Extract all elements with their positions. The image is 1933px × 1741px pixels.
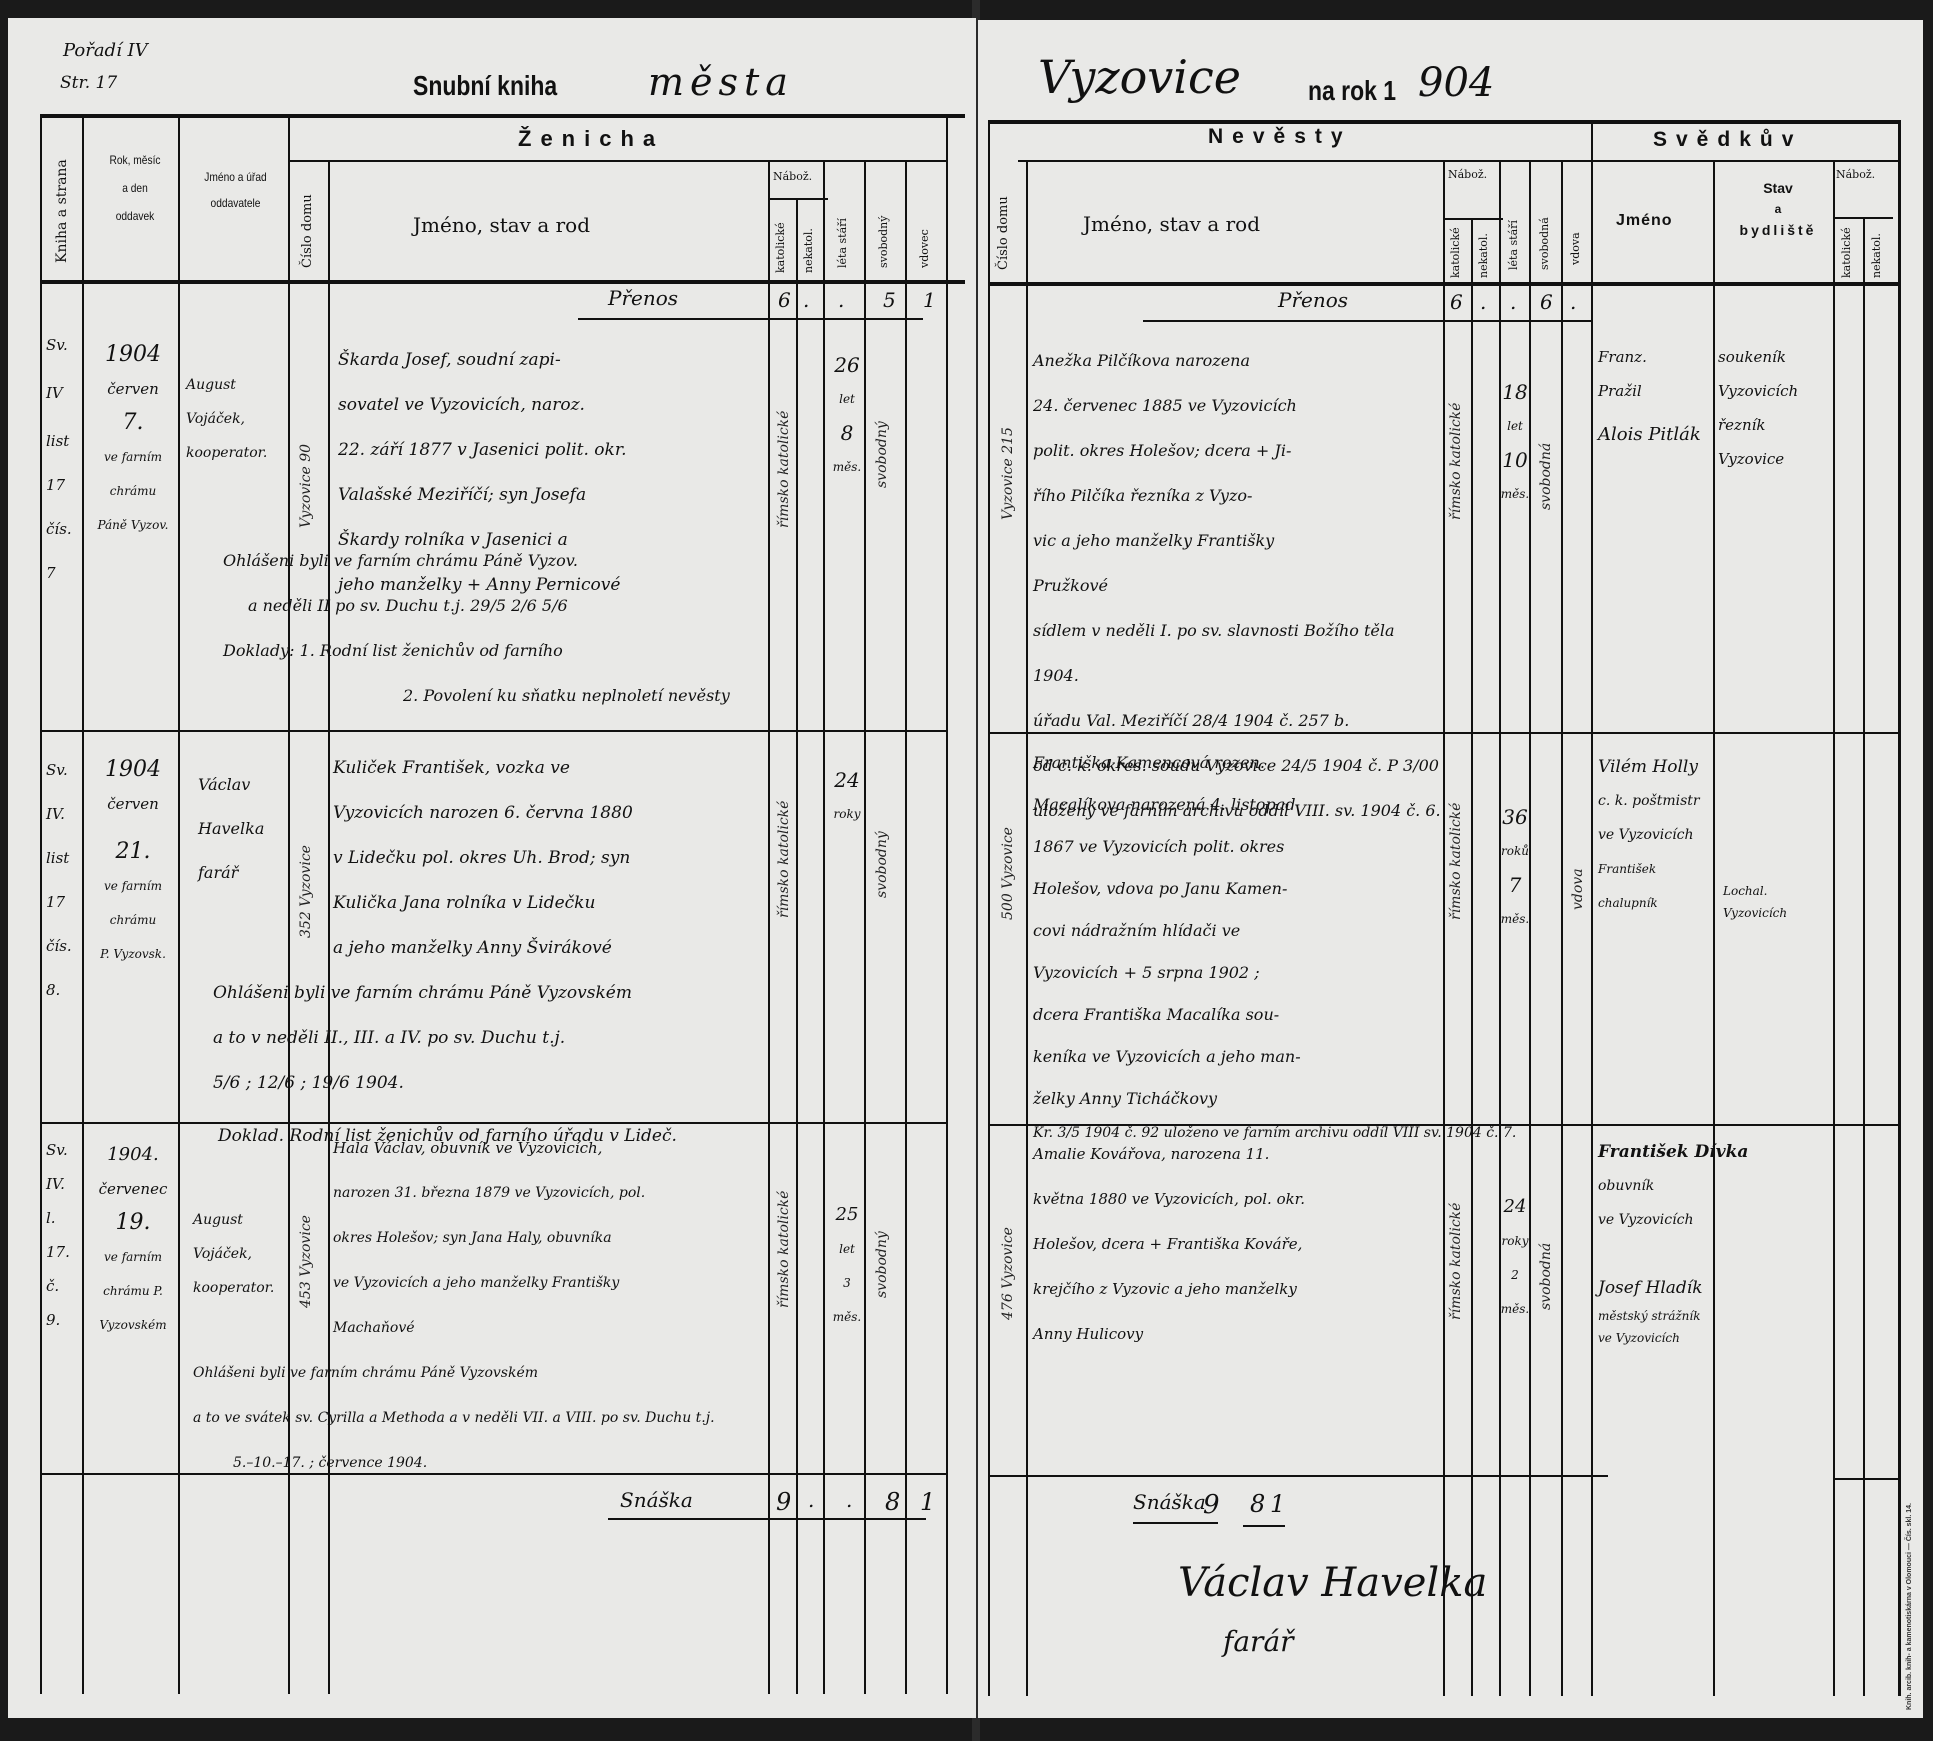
kniha-part: 17 bbox=[46, 468, 80, 502]
entry-3-kniha: Sv. IV. l. 17. č. 9. bbox=[46, 1133, 80, 1337]
entry-2-officiant: Václav Havelka farář bbox=[198, 763, 288, 895]
totals-value: 8 bbox=[1250, 1490, 1265, 1518]
col-katolicke-bride: katolické bbox=[1449, 227, 1462, 278]
kniha-part: 8. bbox=[46, 973, 80, 1007]
col-naboz: Nábož. bbox=[773, 170, 812, 183]
entry-2-bride-age: 36 roků 7 měs. bbox=[1500, 800, 1530, 936]
bride-line: keníka ve Vyzovicích a jeho man- bbox=[1033, 1036, 1516, 1078]
col-naboz-witness: Nábož. bbox=[1836, 168, 1875, 181]
carry-over-value: . bbox=[1570, 290, 1576, 314]
kniha-part: 17 bbox=[46, 885, 80, 919]
groom-line: Machaňové bbox=[333, 1306, 715, 1351]
date-month: červen bbox=[88, 787, 178, 821]
stav-line: a bbox=[1723, 202, 1833, 216]
date-month: červen bbox=[88, 372, 178, 406]
age-unit: měs. bbox=[830, 450, 864, 484]
date-year: 1904. bbox=[88, 1138, 178, 1172]
groom-line: Valašské Meziříčí; syn Josefa bbox=[338, 473, 627, 518]
entry-3-groom-status: svobodný bbox=[874, 1231, 890, 1298]
kniha-part: list bbox=[46, 841, 80, 875]
bride-line: vic a jeho manželky Františky bbox=[1033, 518, 1441, 563]
col-jmeno-witness: Jméno bbox=[1616, 212, 1673, 230]
date-day: 19. bbox=[88, 1206, 178, 1240]
entry-2-witness-stav: Lochal. Vyzovicích bbox=[1723, 880, 1833, 924]
entry-2-bride-religion: římsko katolické bbox=[1448, 803, 1464, 920]
bride-line: Vyzovicích + 5 srpna 1902 ; bbox=[1033, 952, 1516, 994]
col-cislo-domu: Číslo domu bbox=[300, 194, 315, 268]
totals-value: . bbox=[846, 1488, 852, 1512]
col-oddavek-line: oddavek bbox=[105, 209, 165, 223]
col-svobodna: svobodná bbox=[1538, 217, 1551, 270]
age-unit: roky bbox=[830, 797, 864, 831]
witness-line: ve Vyzovicích bbox=[1598, 1203, 1838, 1237]
col-svedkuv: Svědkův bbox=[1653, 128, 1802, 152]
entry-3-bride-status: svobodná bbox=[1538, 1243, 1554, 1310]
groom-line: sovatel ve Vyzovicích, naroz. bbox=[338, 383, 627, 428]
bride-line: dcera Františka Macalíka sou- bbox=[1033, 994, 1516, 1036]
priest-title: farář bbox=[1223, 1625, 1294, 1658]
entry-3-separator bbox=[40, 1473, 946, 1475]
totals-label-left: Snáška bbox=[620, 1488, 693, 1512]
age-unit: měs. bbox=[1500, 902, 1530, 936]
witness-stav-line: soukeník bbox=[1718, 340, 1833, 374]
strana-label: Str. 17 bbox=[60, 73, 117, 93]
groom-line: Kulička Jana rolníka v Lidečku bbox=[333, 881, 677, 926]
entry-1-officiant: August Vojáček, kooperator. bbox=[186, 368, 286, 470]
bride-line: řího Pilčíka řezníka z Vyzo- bbox=[1033, 473, 1441, 518]
officiant-line: August bbox=[186, 368, 286, 402]
date-place: Páně Vyzov. bbox=[88, 508, 178, 542]
age-years: 36 bbox=[1500, 800, 1530, 834]
entry-3-groom-house: 453 Vyzovice bbox=[298, 1215, 314, 1308]
entry-1-notes-left: Ohlášeni byli ve farním chrámu Páně Vyzo… bbox=[223, 538, 730, 718]
entry-1-date: 1904 červen 7. ve farním chrámu Páně Vyz… bbox=[88, 338, 178, 542]
groom-line: a jeho manželky Anny Švirákové bbox=[333, 926, 677, 971]
entry-1-bride-status: svobodná bbox=[1538, 443, 1554, 510]
age-years: 24 bbox=[830, 763, 864, 797]
totals-value: 1 bbox=[920, 1488, 935, 1516]
col-jmeno-stav-rod: Jméno, stav a rod bbox=[413, 213, 590, 237]
entry-2-bride-status: vdova bbox=[1570, 868, 1586, 910]
totals-value: 8 bbox=[885, 1488, 900, 1516]
witness-stav-line: řezník bbox=[1718, 408, 1833, 442]
naboz-rule bbox=[768, 198, 828, 200]
entry-2-separator bbox=[40, 1122, 946, 1124]
entry-2-groom-religion: římsko katolické bbox=[776, 801, 792, 918]
entry-3-groom-religion: římsko katolické bbox=[776, 1191, 792, 1308]
town-name-handwritten: Vyzovice bbox=[1038, 50, 1241, 104]
note-line: 2. Povolení ku sňatku neplnoletí nevěsty bbox=[223, 673, 730, 718]
groom-line: a to ve svátek sv. Cyrilla a Methoda a v… bbox=[193, 1396, 715, 1441]
bride-line: polit. okres Holešov; dcera + Ji- bbox=[1033, 428, 1441, 473]
col-den-line: a den bbox=[105, 181, 165, 195]
witness-line: František bbox=[1598, 852, 1723, 886]
kniha-part: IV. bbox=[46, 1167, 80, 1201]
groom-line: 5/6 ; 12/6 ; 19/6 1904. bbox=[213, 1061, 677, 1106]
age-months: 8 bbox=[830, 416, 864, 450]
groom-line: a to v neděli II., III. a IV. po sv. Duc… bbox=[213, 1016, 677, 1061]
entry-2-kniha: Sv. IV. list 17 čís. 8. bbox=[46, 753, 80, 1007]
carry-over-value: 5 bbox=[883, 288, 896, 312]
age-unit: let bbox=[830, 382, 864, 416]
carry-over-label-left: Přenos bbox=[608, 286, 678, 310]
note-line: Ohlášeni byli ve farním chrámu Páně Vyzo… bbox=[223, 538, 730, 583]
date-place: Vyzovském bbox=[88, 1308, 178, 1342]
entry-2-groom-text: Kuliček František, vozka ve Vyzovicích n… bbox=[333, 746, 677, 1159]
date-place: chrámu bbox=[88, 903, 178, 937]
age-unit: let bbox=[830, 1232, 864, 1266]
witness-line: František Dívka bbox=[1598, 1135, 1838, 1169]
date-day: 21. bbox=[88, 835, 178, 869]
kniha-part: čís. bbox=[46, 929, 80, 963]
age-unit: roků bbox=[1500, 834, 1530, 868]
entry-1-groom-status: svobodný bbox=[874, 421, 890, 488]
col-zenicha: Ženicha bbox=[518, 126, 664, 152]
printer-imprint: Knih. arcib. knih- a kamenotiskárna v Ol… bbox=[1906, 1503, 1913, 1710]
bride-line: Holešov, vdova po Janu Kamen- bbox=[1033, 868, 1516, 910]
officiant-line: Václav bbox=[198, 763, 288, 807]
entry-3-bride-text: Amalie Kovářova, narozena 11. května 188… bbox=[1033, 1132, 1305, 1357]
kniha-part: Sv. bbox=[46, 328, 80, 362]
register-type-handwritten: města bbox=[648, 60, 794, 104]
entry-3-bride-age: 24 roky 2 měs. bbox=[1500, 1190, 1530, 1326]
col-vdova: vdova bbox=[1569, 232, 1582, 265]
kniha-part: IV. bbox=[46, 797, 80, 831]
date-month: červenec bbox=[88, 1172, 178, 1206]
col-nekatol: nekatol. bbox=[802, 228, 815, 273]
groom-line: v Lidečku pol. okres Uh. Brod; syn bbox=[333, 836, 677, 881]
witness-line: Pražil bbox=[1598, 374, 1713, 408]
officiant-line: August bbox=[193, 1203, 288, 1237]
witness-line: Alois Pitlák bbox=[1598, 418, 1713, 452]
officiant-line: Havelka bbox=[198, 807, 288, 851]
entry-2-date: 1904 červen 21. ve farním chrámu P. Vyzo… bbox=[88, 753, 178, 971]
entry-1-separator bbox=[40, 730, 946, 732]
carry-over-value: 6 bbox=[778, 288, 791, 312]
col-jmeno-urad-line2: oddavatele bbox=[195, 196, 276, 210]
carry-over-value: 1 bbox=[923, 288, 936, 312]
col-nekatol-bride: nekatol. bbox=[1477, 233, 1490, 278]
entry-3-groom-text: Hala Václav, obuvník ve Vyzovicích, naro… bbox=[333, 1126, 715, 1486]
col-stav-bydliste: Stav a bydliště bbox=[1723, 180, 1833, 238]
age-years: 25 bbox=[830, 1198, 864, 1232]
bride-line: Anny Hulicovy bbox=[1033, 1312, 1305, 1357]
groom-line: Kuliček František, vozka ve bbox=[333, 746, 677, 791]
entry-1-witness-stav: soukeník Vyzovicích řezník Vyzovice bbox=[1718, 340, 1833, 476]
col-jmeno-urad: Jméno a úřad oddavatele bbox=[195, 170, 276, 210]
entry-3-witness-names: František Dívka obuvník ve Vyzovicích Jo… bbox=[1598, 1135, 1838, 1349]
date-place: P. Vyzovsk. bbox=[88, 937, 178, 971]
totals-value: 1 bbox=[1270, 1490, 1285, 1518]
bride-line: covi nádražním hlídači ve bbox=[1033, 910, 1516, 952]
carry-over-value: 6 bbox=[1540, 290, 1553, 314]
bride-line: krejčího z Vyzovic a jeho manželky bbox=[1033, 1267, 1305, 1312]
kniha-part: 9. bbox=[46, 1303, 80, 1337]
kniha-part: Sv. bbox=[46, 753, 80, 787]
entry-1-groom-age: 26 let 8 měs. bbox=[830, 348, 864, 484]
witness-line: Franz. bbox=[1598, 340, 1713, 374]
groom-line: Vyzovicích narozen 6. června 1880 bbox=[333, 791, 677, 836]
groom-line: narozen 31. března 1879 ve Vyzovicích, p… bbox=[333, 1171, 715, 1216]
left-page: Pořadí IV Str. 17 Snubní kniha města Kni… bbox=[8, 18, 976, 1718]
officiant-line: kooperator. bbox=[193, 1271, 288, 1305]
age-unit: měs. bbox=[1500, 477, 1530, 511]
kniha-part: IV bbox=[46, 376, 80, 410]
date-place: ve farním bbox=[88, 869, 178, 903]
year-prefix: na rok 1 bbox=[1308, 75, 1396, 107]
bride-line: 24. červenec 1885 ve Vyzovicích bbox=[1033, 383, 1441, 428]
witness-line: ve Vyzovicích bbox=[1598, 818, 1723, 852]
carry-over-value: . bbox=[838, 288, 844, 312]
witness-line: obuvník bbox=[1598, 1169, 1838, 1203]
col-cislo-domu-bride: Číslo domu bbox=[996, 196, 1011, 270]
officiant-line: Vojáček, bbox=[193, 1237, 288, 1271]
age-years: 18 bbox=[1500, 375, 1530, 409]
officiant-line: farář bbox=[198, 851, 288, 895]
kniha-part: 7 bbox=[46, 556, 80, 590]
col-nekatol-witness: nekatol. bbox=[1870, 233, 1883, 278]
entry-2-bride-text: Františka Kamencová rozen. Macalíkova na… bbox=[1033, 742, 1516, 1154]
witness-line: c. k. poštmistr bbox=[1598, 784, 1723, 818]
witness-line: městský strážník ve Vyzovicích bbox=[1598, 1305, 1718, 1349]
kniha-part: čís. bbox=[46, 512, 80, 546]
carry-over-value: . bbox=[1480, 290, 1486, 314]
entry-1-groom-religion: římsko katolické bbox=[776, 411, 792, 528]
age-months: 7 bbox=[1500, 868, 1530, 902]
witness-stav-line: Lochal. bbox=[1723, 880, 1833, 902]
groom-line: Ohlášeni byli ve farním chrámu Páně Vyzo… bbox=[213, 971, 677, 1016]
note-line: sídlem v neděli I. po sv. slavnosti Boží… bbox=[1033, 608, 1441, 653]
kniha-part: Sv. bbox=[46, 1133, 80, 1167]
entry-3-bride-religion: římsko katolické bbox=[1448, 1203, 1464, 1320]
entry-1-groom-house: Vyzovice 90 bbox=[298, 444, 314, 528]
bride-line: Pružkové bbox=[1033, 563, 1441, 608]
stav-line: Stav bbox=[1723, 180, 1833, 196]
witness-line: Josef Hladík bbox=[1598, 1271, 1838, 1305]
witness-stav-line: Vyzovicích bbox=[1723, 902, 1833, 924]
col-naboz-bride: Nábož. bbox=[1448, 168, 1487, 181]
entry-1-bride-house: Vyzovice 215 bbox=[1000, 427, 1016, 520]
kniha-part: list bbox=[46, 424, 80, 458]
groom-line: Ohlášeni byli ve farním chrámu Páně Vyzo… bbox=[193, 1351, 715, 1396]
groom-line: ve Vyzovicích a jeho manželky Františky bbox=[333, 1261, 715, 1306]
carry-over-value: . bbox=[803, 288, 809, 312]
col-nevesty: Nevěsty bbox=[1208, 125, 1352, 149]
entry-2-bride-house: 500 Vyzovice bbox=[1000, 827, 1016, 920]
witness-line: chalupník bbox=[1598, 886, 1723, 920]
entry-3-groom-age: 25 let 3 měs. bbox=[830, 1198, 864, 1334]
groom-line: 22. září 1877 v Jasenici polit. okr. bbox=[338, 428, 627, 473]
col-svobodny: svobodný bbox=[877, 216, 890, 269]
date-year: 1904 bbox=[88, 338, 178, 372]
date-year: 1904 bbox=[88, 753, 178, 787]
col-katolicke-witness: katolické bbox=[1840, 227, 1853, 278]
age-years: 24 bbox=[1500, 1190, 1530, 1224]
right-page: Vyzovice na rok 1 904 Nevěsty Svědkův Čí… bbox=[978, 20, 1923, 1718]
carry-over-value: 6 bbox=[1450, 290, 1463, 314]
bride-line: Amalie Kovářova, narozena 11. bbox=[1033, 1132, 1305, 1177]
note-line: úřadu Val. Meziříčí 28/4 1904 č. 257 b. bbox=[1033, 698, 1441, 743]
officiant-line: kooperator. bbox=[186, 436, 286, 470]
witness-stav-line: Vyzovicích bbox=[1718, 374, 1833, 408]
witness-stav-line: Vyzovice bbox=[1718, 442, 1833, 476]
note-line: Doklady: 1. Rodní list ženichův od farní… bbox=[223, 628, 730, 673]
entry-1-kniha: Sv. IV list 17 čís. 7 bbox=[46, 328, 80, 590]
entry-2-witness-names: Vilém Holly c. k. poštmistr ve Vyzovicíc… bbox=[1598, 750, 1723, 920]
entry-3-date: 1904. červenec 19. ve farním chrámu P. V… bbox=[88, 1138, 178, 1342]
carry-over-value: . bbox=[1510, 290, 1516, 314]
col-rok-line: Rok, měsíc bbox=[105, 153, 165, 167]
age-months: 3 měs. bbox=[830, 1266, 864, 1334]
stav-line: bydliště bbox=[1723, 222, 1833, 238]
entry-3-bride-house: 476 Vyzovice bbox=[1000, 1227, 1016, 1320]
totals-value: 9 bbox=[1203, 1490, 1220, 1520]
age-months: 2 měs. bbox=[1500, 1258, 1530, 1326]
entry-2-groom-status: svobodný bbox=[874, 831, 890, 898]
age-years: 26 bbox=[830, 348, 864, 382]
priest-signature: Václav Havelka bbox=[1178, 1560, 1487, 1606]
zenicha-rule bbox=[288, 160, 948, 162]
witness-line: Vilém Holly bbox=[1598, 750, 1723, 784]
col-leta-stari: léta stáří bbox=[836, 218, 849, 268]
totals-label-right: Snáška bbox=[1133, 1490, 1206, 1514]
entry-1-bride-age: 18 let 10 měs. bbox=[1500, 375, 1530, 511]
age-unit: roky bbox=[1500, 1224, 1530, 1258]
entry-1-witness-names: Franz. Pražil Alois Pitlák bbox=[1598, 340, 1713, 452]
col-katolicke: katolické bbox=[774, 222, 787, 273]
entry-2-groom-house: 352 Vyzovice bbox=[298, 845, 314, 938]
kniha-part: č. bbox=[46, 1269, 80, 1303]
kniha-part: 17. bbox=[46, 1235, 80, 1269]
totals-value: 9 bbox=[776, 1488, 791, 1516]
groom-line: Škarda Josef, soudní zapi- bbox=[338, 338, 627, 383]
bride-line: Macalíkova narozená 4. listopad bbox=[1033, 784, 1516, 826]
groom-line: okres Holešov; syn Jana Haly, obuvníka bbox=[333, 1216, 715, 1261]
col-jmeno-urad-line1: Jméno a úřad bbox=[195, 170, 276, 184]
groom-line: Hala Václav, obuvník ve Vyzovicích, bbox=[333, 1126, 715, 1171]
officiant-line: Vojáček, bbox=[186, 402, 286, 436]
year-handwritten: 904 bbox=[1418, 60, 1494, 106]
date-place: ve farním bbox=[88, 1240, 178, 1274]
bride-line: Anežka Pilčíkova narozena bbox=[1033, 338, 1441, 383]
age-unit: let bbox=[1500, 409, 1530, 443]
bride-line: Františka Kamencová rozen. bbox=[1033, 742, 1516, 784]
bride-line: 1867 ve Vyzovicích polit. okres bbox=[1033, 826, 1516, 868]
col-leta-stari-bride: léta stáří bbox=[1507, 220, 1520, 270]
col-kniha-strana: Kniha a strana bbox=[54, 159, 70, 263]
groom-line: 5.–10.–17. ; července 1904. bbox=[233, 1441, 715, 1486]
totals-value: . bbox=[808, 1488, 814, 1512]
date-day: 7. bbox=[88, 406, 178, 440]
date-place: chrámu bbox=[88, 474, 178, 508]
col-vdovec: vdovec bbox=[918, 229, 931, 268]
age-months: 10 bbox=[1500, 443, 1530, 477]
col-jmeno-stav-rod-bride: Jméno, stav a rod bbox=[1083, 212, 1260, 236]
date-place: ve farním bbox=[88, 440, 178, 474]
entry-2-groom-age: 24 roky bbox=[830, 763, 864, 831]
entry-1-bride-religion: římsko katolické bbox=[1448, 403, 1464, 520]
poradi-label: Pořadí IV bbox=[63, 40, 148, 61]
date-place: chrámu P. bbox=[88, 1274, 178, 1308]
table-top-rule bbox=[988, 120, 1898, 124]
kniha-part: l. bbox=[46, 1201, 80, 1235]
bride-line: Holešov, dcera + Františka Kováře, bbox=[1033, 1222, 1305, 1267]
carry-over-label-right: Přenos bbox=[1278, 288, 1348, 312]
note-line: 1904. bbox=[1033, 653, 1441, 698]
register-title: Snubní kniha bbox=[413, 70, 557, 102]
bride-line: května 1880 ve Vyzovicích, pol. okr. bbox=[1033, 1177, 1305, 1222]
note-line: a neděli II po sv. Duchu t.j. 29/5 2/6 5… bbox=[223, 583, 730, 628]
entry-3-officiant: August Vojáček, kooperator. bbox=[193, 1203, 288, 1305]
col-rok-mesic: Rok, měsíc a den oddavek bbox=[105, 153, 165, 223]
